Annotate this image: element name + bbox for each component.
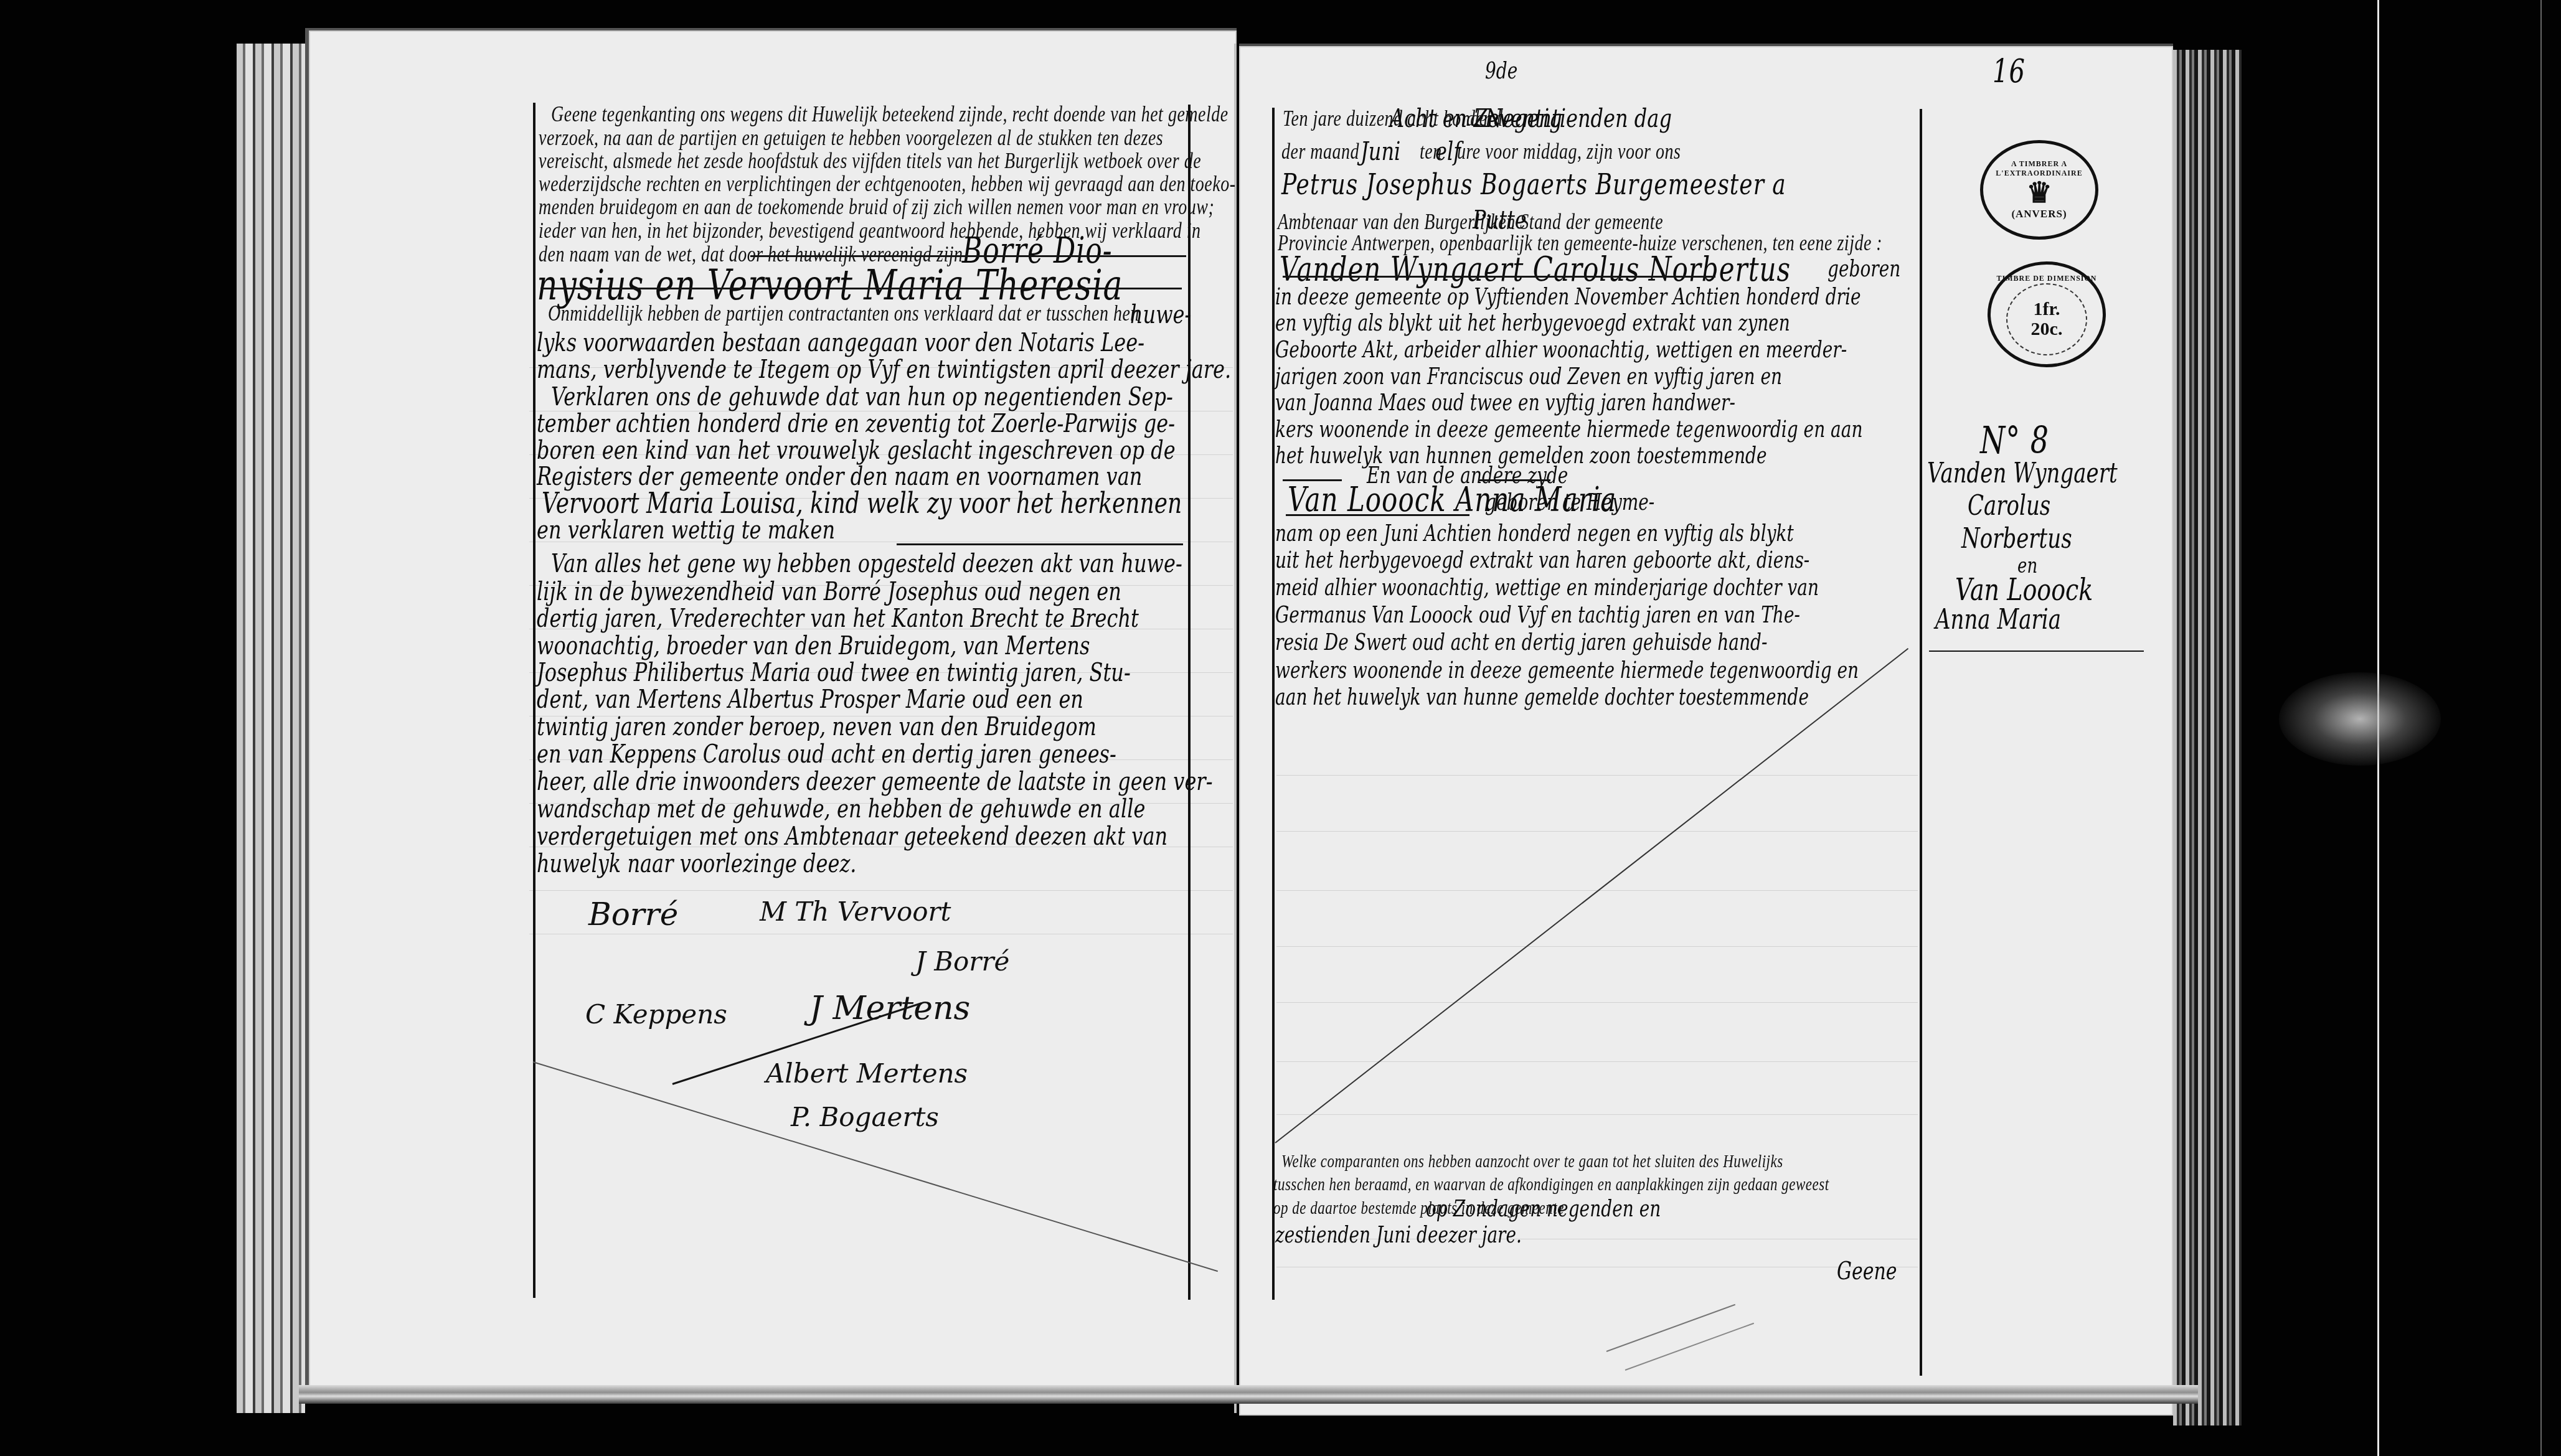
printed-line: verzoek, na aan de partijen en getuigen … bbox=[539, 126, 1163, 151]
printed-line: menden bruidegom en aan de toekomende br… bbox=[539, 195, 1214, 220]
page-number: 16 bbox=[1993, 53, 2026, 90]
margin-name: Van Looock bbox=[1955, 571, 2093, 607]
hand-line: meid alhier woonachtig, wettige en minde… bbox=[1275, 574, 1819, 601]
signature: C Keppens bbox=[585, 999, 727, 1030]
hand-line: resia De Swert oud acht en dertig jaren … bbox=[1275, 629, 1767, 655]
stamp-value: 1fr. bbox=[2033, 299, 2060, 319]
printed-contract-line: Onmiddellijk hebben de partijen contract… bbox=[548, 302, 1139, 327]
hand-line: Van alles het gene wy hebben opgesteld d… bbox=[551, 548, 1182, 578]
hand-line: huwelyk naar voorlezinge deez. bbox=[537, 848, 856, 878]
hand-line: huwe- bbox=[1130, 299, 1191, 329]
light-glare bbox=[2279, 672, 2441, 766]
right-page-margin-line bbox=[1272, 108, 1275, 1300]
hand-line: wandschap met de gehuwde, en hebben de g… bbox=[537, 793, 1145, 824]
margin-name: Carolus bbox=[1968, 490, 2050, 522]
closing-hand: op Zondagen negenden en bbox=[1426, 1195, 1661, 1222]
stamp-wreath: 1fr. 20c. bbox=[2006, 283, 2087, 355]
stamp-extraordinaire: A TIMBRER A L'EXTRAORDINAIRE ♛ (ANVERS) bbox=[1980, 140, 2098, 240]
hand-line: lyks voorwaarden bestaan aangegaan voor … bbox=[537, 327, 1144, 357]
hand-line: Josephus Philibertus Maria oud twee en t… bbox=[537, 657, 1131, 687]
printed-line: Geene tegenkanting ons wegens dit Huweli… bbox=[551, 103, 1229, 128]
margin-name: Anna Maria bbox=[1935, 604, 2061, 636]
hand-line: en verklaren wettig te maken bbox=[537, 514, 835, 545]
stamp-dimension: TIMBRE DE DIMENSION 1fr. 20c. bbox=[1988, 261, 2106, 367]
hand-line: werkers woonende in deeze gemeente hierm… bbox=[1275, 657, 1859, 683]
book-bottom-edge bbox=[299, 1385, 2198, 1404]
hand-line: Germanus Van Looock oud Vyf en tachtig j… bbox=[1275, 601, 1800, 628]
margin-name: Norbertus bbox=[1961, 523, 2072, 555]
hand-line: geboren bbox=[1828, 255, 1900, 282]
bride-underline bbox=[1286, 514, 1469, 516]
divider-line bbox=[897, 543, 1183, 545]
hand-line: dertig jaren, Vrederechter van het Kanto… bbox=[537, 603, 1139, 633]
hand-line: en van Keppens Carolus oud acht en derti… bbox=[537, 738, 1116, 769]
hand-line: heer, alle drie inwoonders deezer gemeen… bbox=[537, 766, 1212, 796]
closing-hand: zestienden Juni deezer jare. bbox=[1275, 1221, 1522, 1248]
signature: J Borré bbox=[915, 946, 1009, 977]
hand-line: kers woonende in deeze gemeente hiermede… bbox=[1275, 416, 1863, 443]
act-marker: 9de bbox=[1485, 57, 1517, 84]
hand-line: nam op een Juni Achtien honderd negen en… bbox=[1275, 520, 1794, 547]
stamp-text: TIMBRE DE DIMENSION bbox=[1996, 274, 2096, 283]
municipality-hand: Putte bbox=[1473, 204, 1527, 235]
groom-underline bbox=[1283, 276, 1715, 278]
divider-line bbox=[540, 288, 1182, 289]
hand-line: Geboorte Akt, arbeider alhier woonachtig… bbox=[1275, 336, 1847, 363]
hand-line: Verklaren ons de gehuwde dat van hun op … bbox=[551, 381, 1173, 411]
closing-hand: Geene bbox=[1837, 1257, 1897, 1286]
signature: P. Bogaerts bbox=[791, 1102, 939, 1132]
margin-act-number: N° 8 bbox=[1980, 418, 2049, 462]
hand-line: dent, van Mertens Albertus Prosper Marie… bbox=[537, 683, 1083, 714]
lion-crest-icon: ♛ bbox=[2026, 178, 2052, 208]
margin-divider bbox=[1929, 651, 2144, 652]
hand-line: en vyftig als blykt uit het herbygevoegd… bbox=[1275, 309, 1790, 336]
printed-line: tusschen hen beraamd, en waarvan de afko… bbox=[1273, 1175, 1829, 1195]
hand-line: in deeze gemeente op Vyftienden November… bbox=[1275, 283, 1861, 310]
underline bbox=[750, 255, 1186, 257]
page-stack-right bbox=[2173, 50, 2242, 1425]
officer-hand: Petrus Josephus Bogaerts Burgemeester a bbox=[1281, 168, 1786, 201]
scan-edge-streak bbox=[2540, 0, 2542, 1456]
stamp-text: A TIMBRER A L'EXTRAORDINAIRE bbox=[1983, 159, 2095, 178]
stamp-value: 20c. bbox=[2031, 319, 2063, 339]
signature: J Mertens bbox=[809, 990, 970, 1027]
right-page-column-rule bbox=[1920, 109, 1922, 1376]
hand-line: van Joanna Maes oud twee en vyftig jaren… bbox=[1275, 389, 1735, 416]
hand-line: woonachtig, broeder van den Bruidegom, v… bbox=[537, 630, 1090, 660]
signature: M Th Vervoort bbox=[760, 896, 951, 927]
printed-line: vereischt, alsmede het zesde hoofdstuk d… bbox=[539, 149, 1201, 174]
hand-line: verdergetuigen met ons Ambtenaar geteeke… bbox=[537, 820, 1167, 851]
stamp-text: (ANVERS) bbox=[2011, 208, 2067, 220]
hand-line: mans, verblyvende te Itegem op Vyf en tw… bbox=[537, 354, 1231, 384]
signature: Albert Mertens bbox=[766, 1058, 968, 1089]
hand-line: uit het herbygevoegd extrakt van haren g… bbox=[1275, 547, 1809, 573]
printed-line: Welke comparanten ons hebben aanzocht ov… bbox=[1281, 1152, 1783, 1172]
left-page-right-rule bbox=[1188, 105, 1191, 1300]
printed-line: ure voor middag, zijn voor ons bbox=[1457, 140, 1681, 165]
month-hand: Juni bbox=[1361, 136, 1400, 166]
left-page-margin-line bbox=[533, 103, 535, 1298]
book-gutter bbox=[1234, 44, 1237, 1413]
hand-line: lijk in de bywezendheid van Borré Joseph… bbox=[537, 576, 1121, 606]
hand-line: jarigen zoon van Franciscus oud Zeven en… bbox=[1275, 363, 1782, 390]
margin-name: Vanden Wyngaert bbox=[1927, 458, 2118, 490]
hand-line: geboren te Heyme- bbox=[1485, 489, 1654, 515]
hand-line: tember achtien honderd drie en zeventig … bbox=[537, 408, 1175, 438]
hand-line: aan het huwelyk van hunne gemelde dochte… bbox=[1275, 683, 1809, 710]
day-hand: Negentienden dag bbox=[1485, 103, 1672, 133]
printed-line: der maand bbox=[1281, 140, 1359, 165]
signature: Borré bbox=[588, 896, 678, 932]
hand-line: twintig jaren zonder beroep, neven van d… bbox=[537, 711, 1097, 741]
page-stack-left bbox=[237, 44, 305, 1413]
printed-line: wederzijdsche rechten en verplichtingen … bbox=[539, 172, 1236, 197]
